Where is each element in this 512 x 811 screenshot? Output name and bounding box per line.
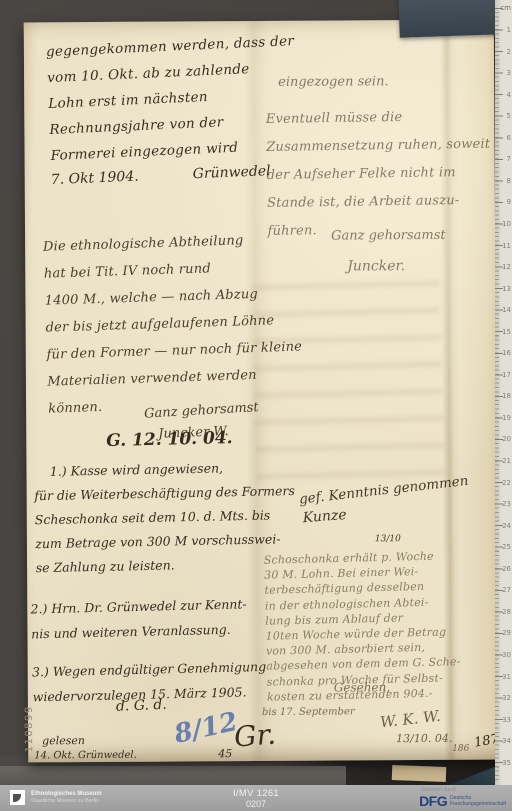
ruler-number: cm xyxy=(500,4,511,12)
ruler-number: 18 xyxy=(502,392,511,400)
right-note-date: 13/10 xyxy=(375,534,401,544)
read-note-line1: gelesen xyxy=(42,734,85,747)
archival-scan-view: gegengekommen werden, dass dervom 10. Ok… xyxy=(0,0,512,811)
footer-bar: Ethnologisches Museum Staatliche Museen … xyxy=(0,785,512,811)
ruler-number: 4 xyxy=(507,91,511,99)
pencil-signature: W. K. W. xyxy=(379,707,441,732)
ruler-number: 33 xyxy=(502,716,511,724)
check-number: 45 xyxy=(218,747,232,760)
read-note-line2: 14. Okt. Grünwedel. xyxy=(34,750,137,762)
handwritten-line: der Aufseher Felke nicht im xyxy=(266,159,490,190)
right-entry-text: Eventuell müsse dieZusammensetzung ruhen… xyxy=(266,103,492,246)
entry4-initials: d. G. d. xyxy=(116,697,167,715)
ruler-number: 19 xyxy=(502,414,511,422)
ruler-number: 8 xyxy=(507,177,511,185)
manuscript-double-page: gegengekommen werden, dass dervom 10. Ok… xyxy=(24,20,499,763)
ruler-number: 25 xyxy=(502,543,511,551)
left-entry2-text: Die ethnologische Abtheilunghat bei Tit.… xyxy=(43,225,305,422)
handwritten-line: se Zahlung zu leisten. xyxy=(36,551,297,580)
handwritten-line: Stande ist, die Arbeit auszu- xyxy=(267,187,491,218)
handwritten-line: Zusammensetzung ruhen, soweit xyxy=(266,131,490,162)
entry3-date-heading: G. 12. 10. 04. xyxy=(106,428,233,451)
right-note-signature: Kunze xyxy=(302,507,347,526)
handwritten-line: Eventuell müsse die xyxy=(266,103,490,134)
ruler-number: 29 xyxy=(502,629,511,637)
right-entry-closing: Ganz gehorsamst xyxy=(331,228,446,244)
ruler-number: 35 xyxy=(502,759,511,767)
entry1-signature: Grünwedel xyxy=(192,163,270,182)
ruler-number: 24 xyxy=(502,522,511,530)
margin-inventory-number: 110899 xyxy=(24,705,35,752)
ruler-number: 30 xyxy=(502,651,511,659)
ruler-number: 17 xyxy=(502,371,511,379)
ruler-number: 22 xyxy=(502,479,511,487)
ruler-number: 23 xyxy=(502,500,511,508)
book-binding-corner xyxy=(398,0,501,38)
ruler-number: 9 xyxy=(507,198,511,206)
ruler-number: 32 xyxy=(502,694,511,702)
ruler-number: 3 xyxy=(507,69,511,77)
entry1-date: 7. Okt 1904. xyxy=(50,169,139,189)
ruler-number: 6 xyxy=(507,134,511,142)
left-entry3-text: 1.) Kasse wird angewiesen,für die Weiter… xyxy=(34,455,297,580)
ruler-number: 31 xyxy=(502,673,511,681)
ruler-number: 14 xyxy=(502,306,511,314)
funder-block: Gefördert durch DFG Deutsche Forschungsg… xyxy=(419,787,506,809)
pencil-seen: Gesehen, xyxy=(334,680,390,694)
ruler-number: 15 xyxy=(502,328,511,336)
right-entry-signature: Juncker. xyxy=(347,258,405,274)
dfg-logo: DFG xyxy=(419,793,447,809)
ruler-number: 10 xyxy=(502,220,511,228)
ruler-number: 1 xyxy=(507,26,511,34)
ruler-number: 7 xyxy=(507,155,511,163)
left-entry1-text: gegengekommen werden, dass dervom 10. Ok… xyxy=(45,28,299,169)
ruler-number: 26 xyxy=(502,565,511,573)
pencil-signature-date: 13/10. 04. xyxy=(396,732,452,745)
ruler-number: 28 xyxy=(502,608,511,616)
ruler-number: 34 xyxy=(502,737,511,745)
funder-name: Deutsche Forschungsgemeinschaft xyxy=(450,795,506,807)
ruler-number: 21 xyxy=(502,457,511,465)
paraph-initial: Gr. xyxy=(233,718,277,754)
ruler-number: 5 xyxy=(507,112,511,120)
ruler-number: 11 xyxy=(502,242,511,250)
underlying-page-edge xyxy=(392,765,446,782)
left-entry4-text: 2.) Hrn. Dr. Grünwedel zur Kennt-nis und… xyxy=(30,591,267,709)
ruler-number: 2 xyxy=(507,48,511,56)
handwritten-line: nis und weiteren Veranlassung. xyxy=(31,616,266,647)
book-edge xyxy=(0,766,346,786)
pencil-seen-date: bis 17. September xyxy=(262,706,355,718)
ruler-number: 16 xyxy=(502,349,511,357)
folio-number-previous: 186 xyxy=(452,744,469,754)
ruler-number: 20 xyxy=(502,435,511,443)
ruler-number: 12 xyxy=(502,263,511,271)
right-entry-lead: eingezogen sein. xyxy=(278,74,389,90)
ruler-number: 27 xyxy=(502,586,511,594)
ruler-number: 13 xyxy=(502,285,511,293)
blue-crayon-mark: 8/12 xyxy=(172,707,241,750)
ruler-scale: cm12345678910111213141516171819202122232… xyxy=(495,0,512,785)
